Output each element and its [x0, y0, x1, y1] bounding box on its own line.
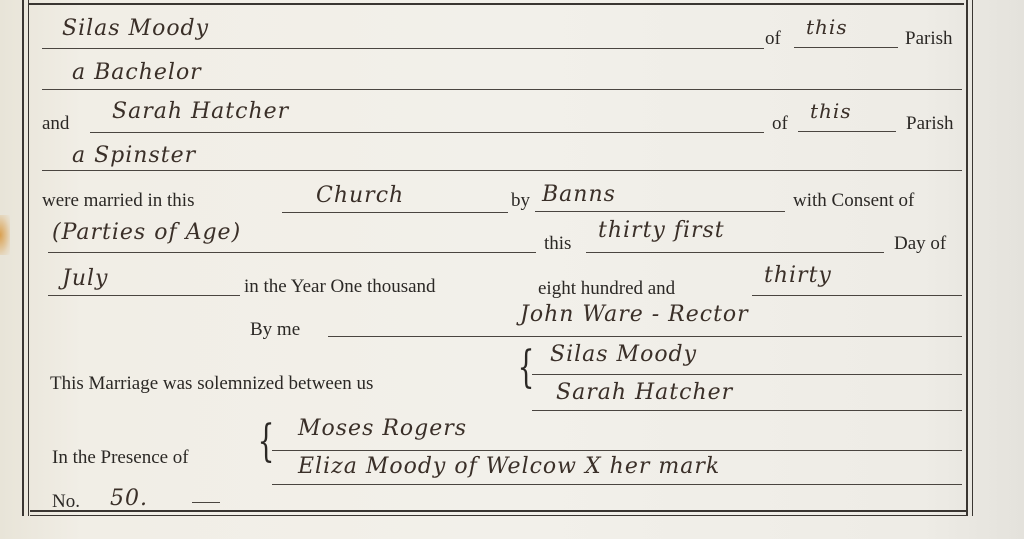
month-line [48, 295, 240, 296]
day-line [586, 252, 884, 253]
bride-name: Sarah Hatcher [112, 101, 289, 123]
bride-name-line [90, 132, 764, 133]
officiant-name: John Ware - Rector [520, 304, 749, 326]
witnesses-brace: { [258, 420, 275, 464]
border-top [28, 3, 964, 5]
border-left [22, 0, 29, 516]
groom-parish-line [794, 47, 898, 48]
consent-line [48, 252, 536, 253]
party-2-signature: Sarah Hatcher [556, 382, 733, 404]
year-line [752, 295, 962, 296]
witness-2-signature: Eliza Moody of Welcow X her mark [298, 456, 720, 478]
bride-of-label: of [772, 114, 788, 133]
married-in-label: were married in this [42, 191, 194, 210]
ceremony-month: July [62, 268, 108, 290]
place-line [282, 212, 508, 213]
bride-condition-line [42, 170, 962, 171]
ceremony-place: Church [316, 185, 404, 207]
ceremony-method: Banns [542, 184, 616, 206]
year-label-2: eight hundred and [538, 279, 675, 298]
bride-parish-line [798, 131, 896, 132]
party-1-line [532, 374, 962, 375]
party-2-line [532, 410, 962, 411]
consent-label: with Consent of [793, 191, 914, 210]
groom-condition-line [42, 89, 962, 90]
paper-stain [0, 215, 10, 255]
groom-name-line [42, 48, 764, 49]
this-label: this [544, 234, 571, 253]
ceremony-day: thirty first [598, 220, 725, 242]
marriage-register-page: Silas Moody of this Parish a Bachelor an… [0, 0, 1024, 539]
ceremony-consent: (Parties of Age) [52, 222, 241, 244]
groom-name: Silas Moody [62, 18, 209, 40]
bride-and-label: and [42, 114, 69, 133]
witness-1-line [272, 450, 962, 451]
by-label: by [511, 191, 530, 210]
bride-parish-suffix: Parish [906, 114, 954, 133]
groom-of-label: of [765, 29, 781, 48]
border-right [966, 0, 973, 516]
method-line [535, 211, 785, 212]
entry-number-dash [192, 502, 220, 503]
by-me-label: By me [250, 320, 300, 339]
entry-number: 50. [110, 488, 148, 510]
border-bottom [30, 510, 966, 516]
year-label-1: in the Year One thousand [244, 277, 436, 296]
officiant-line [328, 336, 962, 337]
witness-1-signature: Moses Rogers [298, 418, 467, 440]
day-of-label: Day of [894, 234, 946, 253]
entry-number-label: No. [52, 492, 80, 511]
party-1-signature: Silas Moody [550, 344, 697, 366]
witness-2-line [272, 484, 962, 485]
presence-label: In the Presence of [52, 448, 189, 467]
groom-parish: this [806, 17, 848, 37]
ceremony-year: thirty [764, 265, 832, 287]
solemnized-label: This Marriage was solemnized between us [50, 374, 373, 393]
bride-parish: this [810, 101, 852, 121]
groom-condition: a Bachelor [72, 62, 202, 84]
groom-parish-suffix: Parish [905, 29, 953, 48]
bride-condition: a Spinster [72, 145, 196, 167]
parties-brace: { [518, 346, 535, 390]
